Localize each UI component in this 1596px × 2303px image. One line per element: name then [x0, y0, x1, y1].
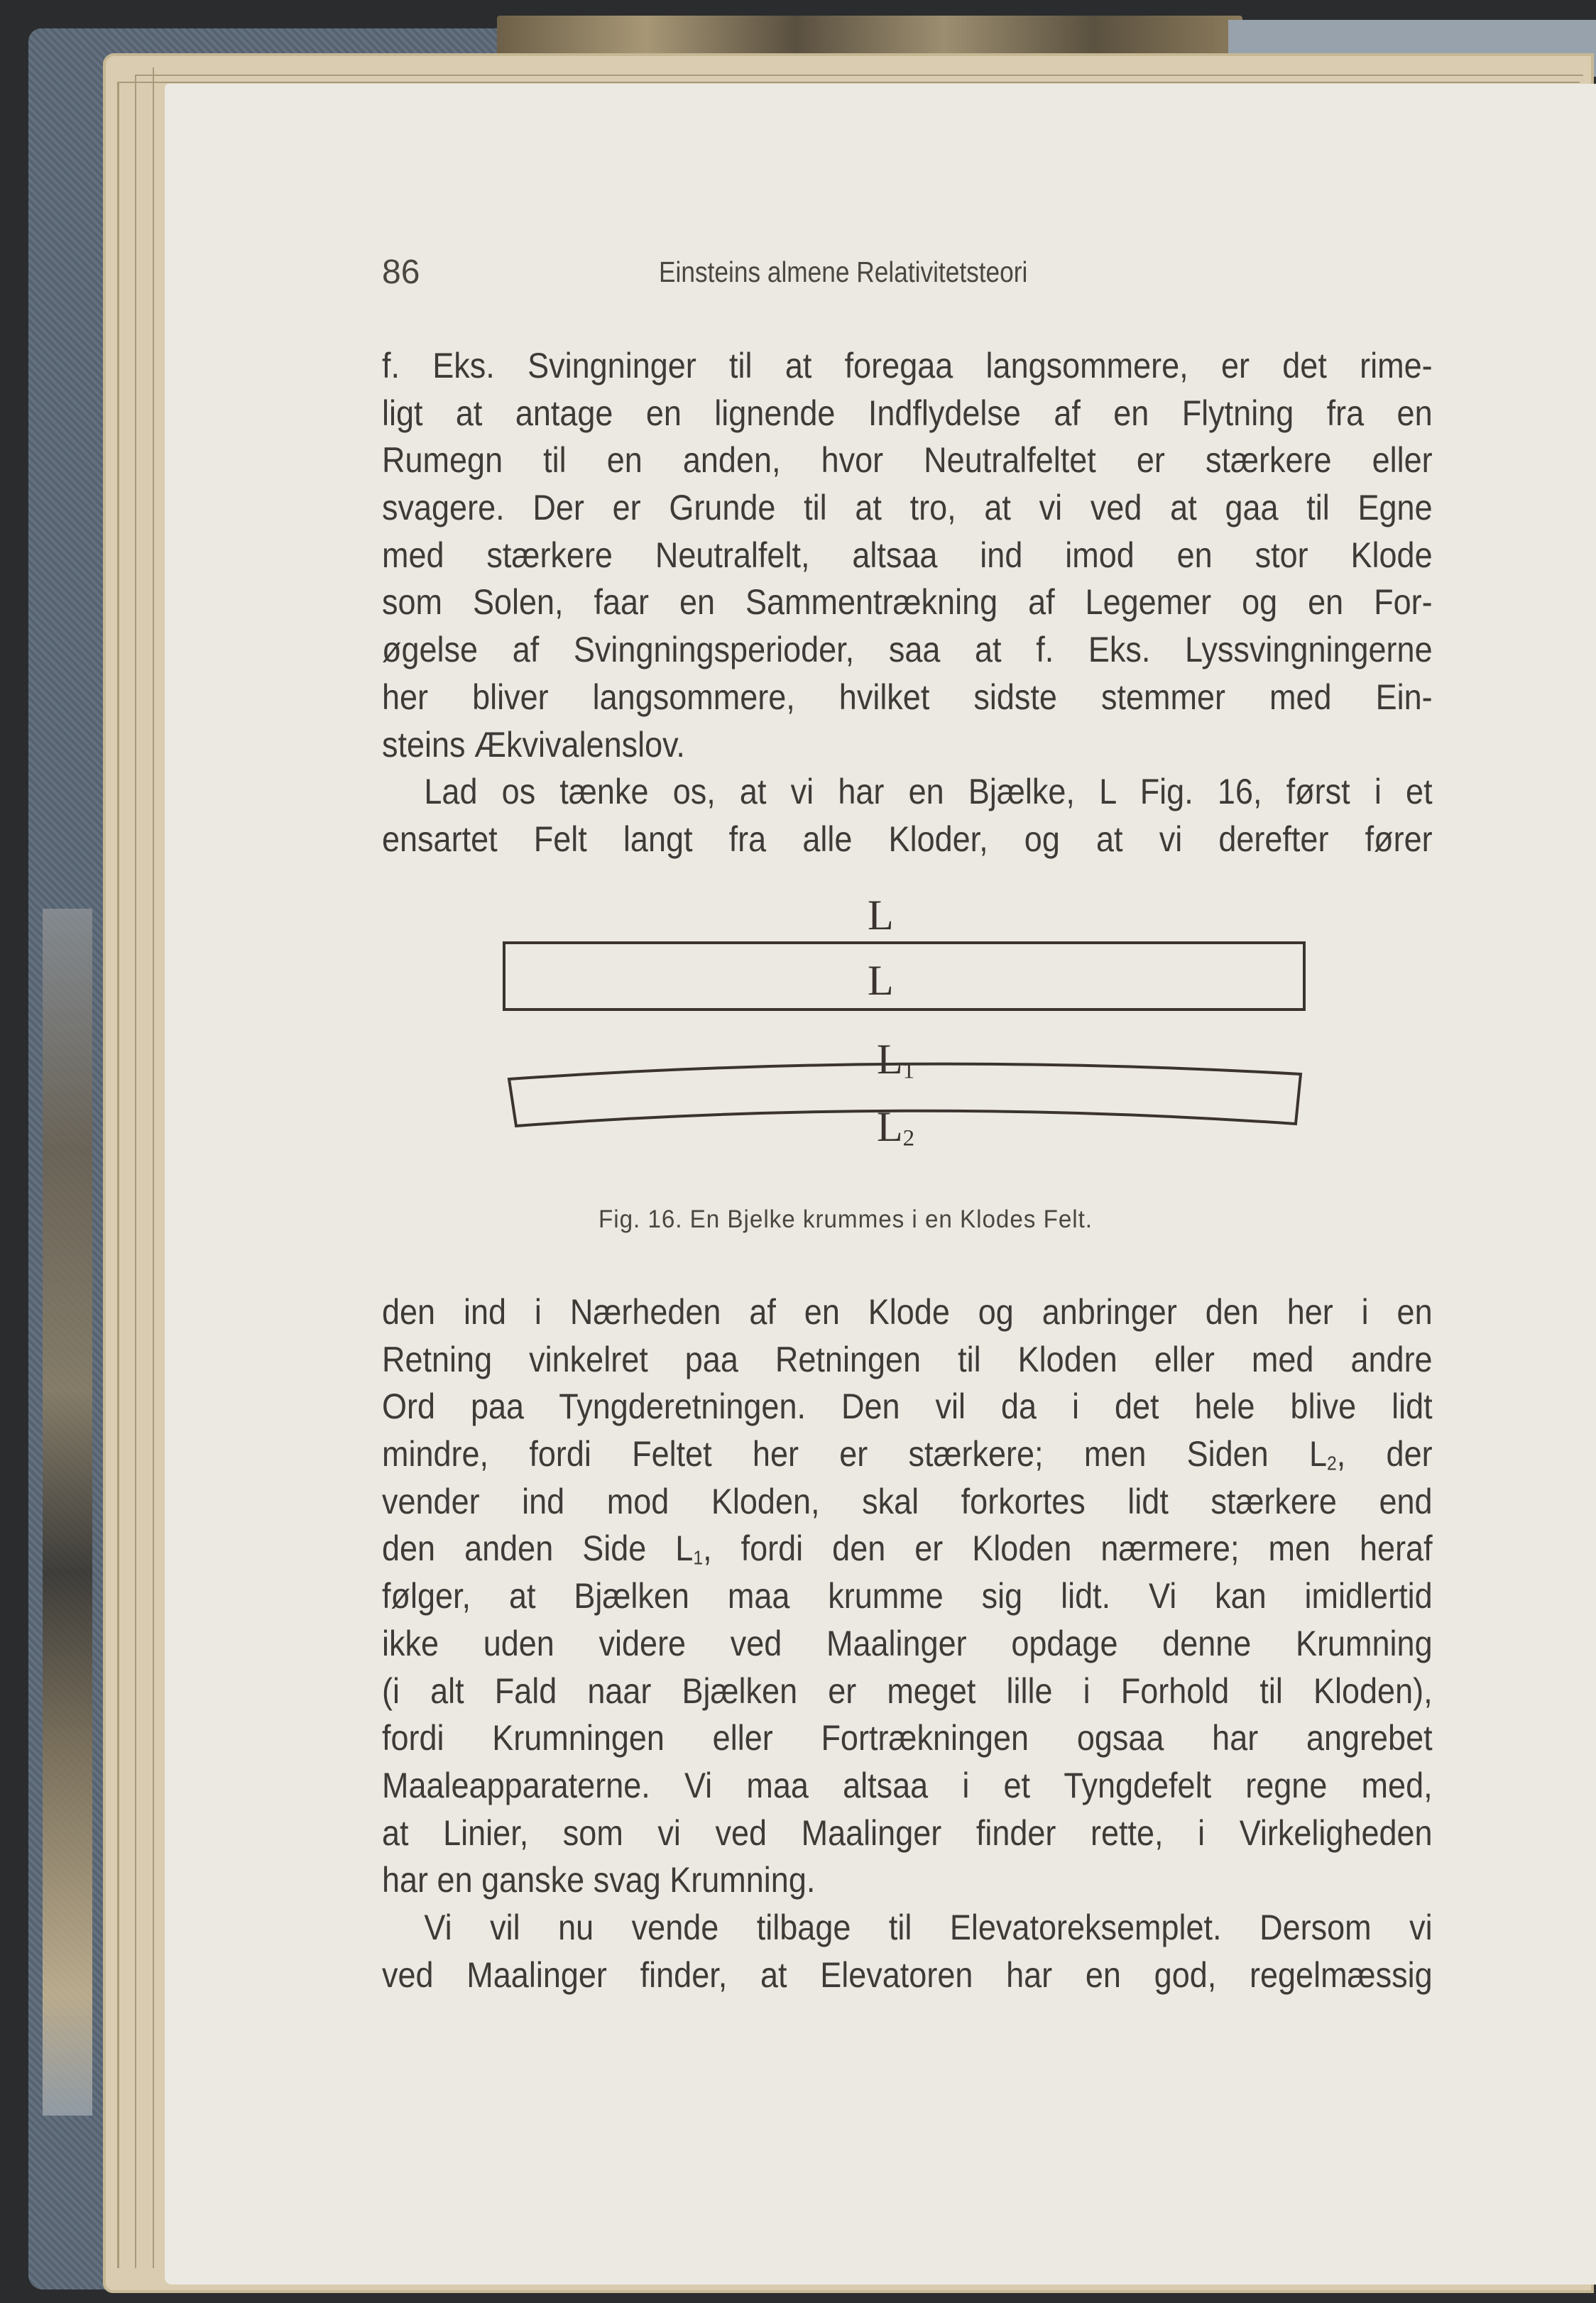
- text-line: som Solen, faar en Sammentrækning af Leg…: [382, 579, 1433, 626]
- text-line: Rumegn til en anden, hvor Neutralfeltet …: [382, 437, 1433, 484]
- text-line: (i alt Fald naar Bjælken er meget lille …: [382, 1668, 1433, 1715]
- running-header: 86 Einsteins almene Relativitetsteori: [382, 253, 1433, 295]
- text-line: Maaleapparaterne. Vi maa altsaa i et Tyn…: [382, 1762, 1433, 1810]
- label-L-inside: L: [868, 956, 894, 1005]
- text-line: ensartet Felt langt fra alle Kloder, og …: [382, 816, 1433, 863]
- running-title: Einsteins almene Relativitetsteori: [659, 256, 1027, 289]
- text-line-with-subscript: mindre, fordi Feltet her er stærkere; me…: [382, 1431, 1433, 1478]
- paragraph-3: den ind i Nærheden af en Klode og anbrin…: [382, 1289, 1433, 1904]
- text-line: følger, at Bjælken maa krumme sig lidt. …: [382, 1572, 1433, 1620]
- figure-16-beam-diagram: L L L1 L2: [497, 891, 1313, 1246]
- book-spine-label: [497, 16, 1242, 58]
- figure-caption: Fig. 16. En Bjelke krummes i en Klodes F…: [598, 1205, 1093, 1234]
- paragraph-2: Lad os tænke os, at vi har en Bjælke, L …: [382, 768, 1433, 863]
- paragraph-4: Vi vil nu vende tilbage til Elevatorekse…: [382, 1904, 1433, 1998]
- text-line: ved Maalinger finder, at Elevatoren har …: [382, 1952, 1433, 1999]
- text-line: øgelse af Svingningsperioder, saa at f. …: [382, 626, 1433, 674]
- text-line: med stærkere Neutralfelt, altsaa ind imo…: [382, 532, 1433, 579]
- text-line: her bliver langsommere, hvilket sidste s…: [382, 674, 1433, 721]
- text-line: ligt at antage en lignende Indflydelse a…: [382, 390, 1433, 437]
- paragraph-1: f. Eks. Svingninger til at foregaa langs…: [382, 342, 1433, 768]
- text-line: Lad os tænke os, at vi har en Bjælke, L …: [382, 768, 1433, 816]
- text-line: svagere. Der er Grunde til at tro, at vi…: [382, 484, 1433, 532]
- text-line: har en ganske svag Krumning.: [382, 1856, 1433, 1904]
- label-L2: L2: [877, 1103, 914, 1151]
- text-line: f. Eks. Svingninger til at foregaa langs…: [382, 342, 1433, 390]
- text-line: Retning vinkelret paa Retningen til Klod…: [382, 1336, 1433, 1384]
- cover-damage: [43, 909, 92, 2116]
- label-L1: L1: [877, 1035, 914, 1084]
- text-line: ikke uden videre ved Maalinger opdage de…: [382, 1620, 1433, 1668]
- text-line: at Linier, som vi ved Maalinger finder r…: [382, 1810, 1433, 1857]
- text-line: Ord paa Tyngderetningen. Den vil da i de…: [382, 1383, 1433, 1431]
- label-L-top: L: [868, 891, 894, 940]
- text-line: Vi vil nu vende tilbage til Elevatorekse…: [382, 1904, 1433, 1952]
- text-line: den ind i Nærheden af en Klode og anbrin…: [382, 1289, 1433, 1336]
- text-line: vender ind mod Kloden, skal forkortes li…: [382, 1478, 1433, 1526]
- text-line: fordi Krumningen eller Fortrækningen ogs…: [382, 1714, 1433, 1762]
- text-line: steins Ækvivalenslov.: [382, 721, 1433, 769]
- page-number: 86: [382, 253, 420, 292]
- text-line-with-subscript: den anden Side L1, fordi den er Kloden n…: [382, 1525, 1433, 1572]
